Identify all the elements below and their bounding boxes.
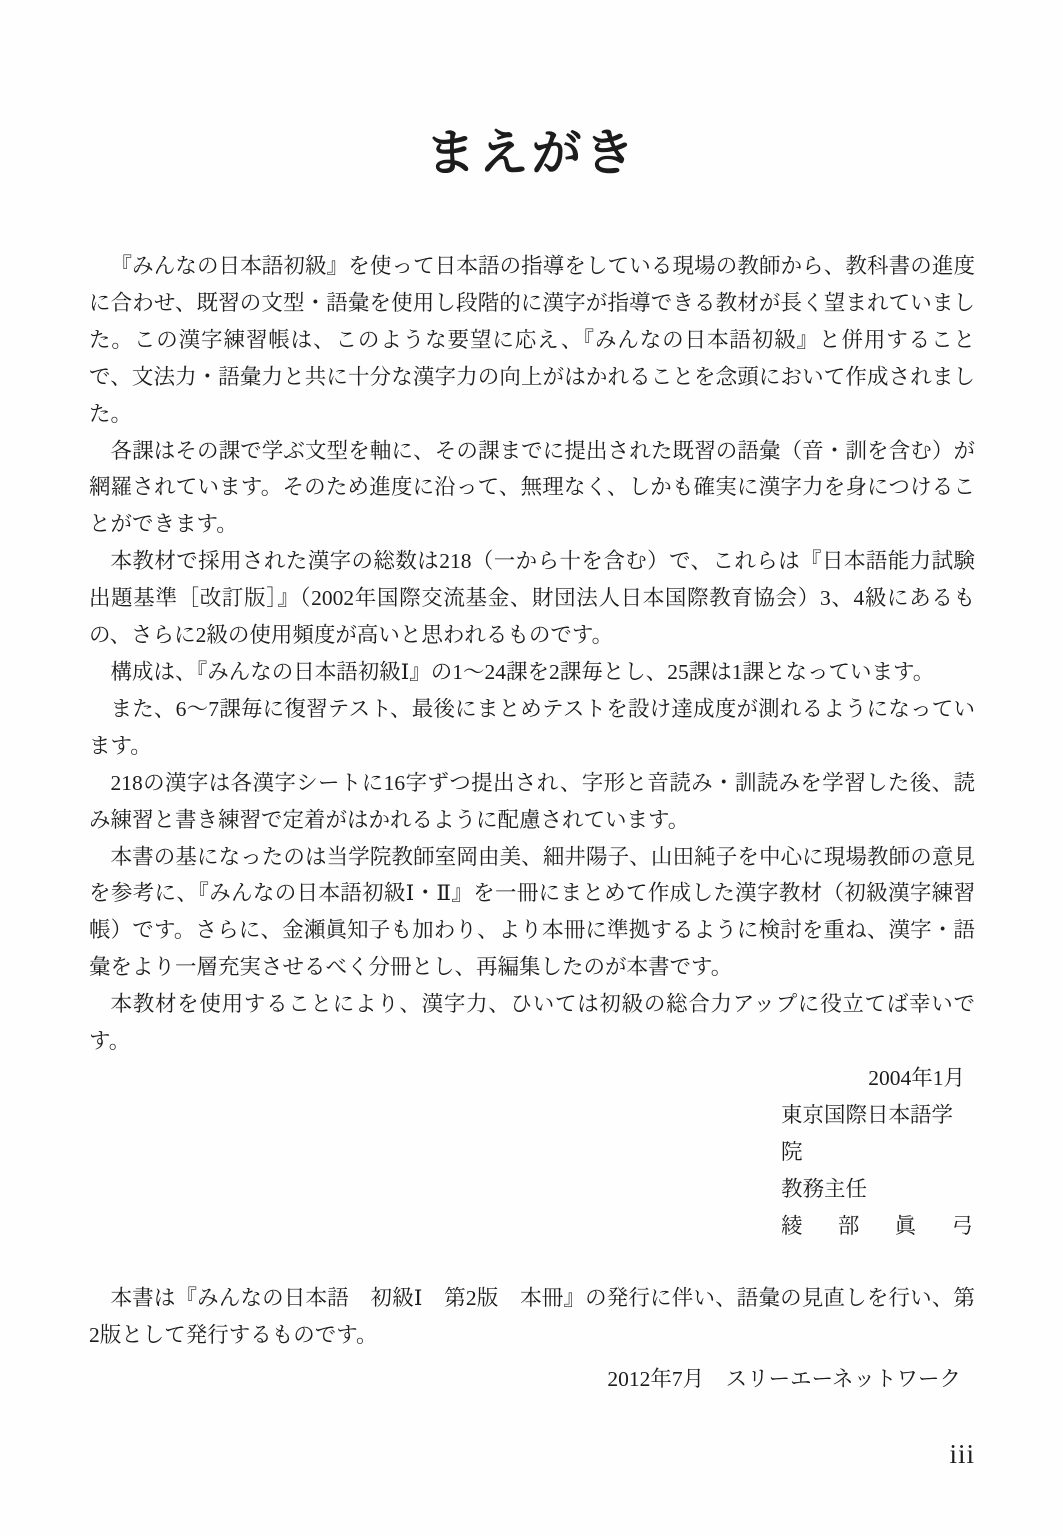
body-paragraph: 構成は、『みんなの日本語初級Ⅰ』の1～24課を2課毎とし、25課は1課となってい… [89, 654, 975, 691]
body-paragraph: 本教材を使用することにより、漢字力、ひいては初級の総合力アップに役立てば幸いです… [89, 986, 975, 1060]
publisher-date-line: 2012年7月 スリーエーネットワーク [89, 1361, 975, 1398]
page-number: iii [949, 1439, 975, 1470]
preface-page: まえがき 『みんなの日本語初級』を使って日本語の指導をしている現場の教師から、教… [0, 0, 1063, 1536]
postscript-paragraph: 本書は『みんなの日本語 初級Ⅰ 第2版 本冊』の発行に伴い、語彙の見直しを行い、… [89, 1280, 975, 1354]
body-paragraph: 『みんなの日本語初級』を使って日本語の指導をしている現場の教師から、教科書の進度… [89, 248, 975, 433]
signature-organization: 東京国際日本語学院 [781, 1097, 973, 1171]
signature-block: 2004年1月 東京国際日本語学院 教務主任 綾 部 眞 弓 [89, 1060, 975, 1245]
body-paragraph: 本教材で採用された漢字の総数は218（一から十を含む）で、これらは『日本語能力試… [89, 543, 975, 654]
body-paragraph: 各課はその課で学ぶ文型を軸に、その課までに提出された既習の語彙（音・訓を含む）が… [89, 433, 975, 544]
body-paragraph: また、6～7課毎に復習テスト、最後にまとめテストを設け達成度が測れるようになって… [89, 691, 975, 765]
signature-role: 教務主任 [781, 1171, 973, 1208]
body-paragraph: 218の漢字は各漢字シートに16字ずつ提出され、字形と音読み・訓読みを学習した後… [89, 765, 975, 839]
body-text-column: 『みんなの日本語初級』を使って日本語の指導をしている現場の教師から、教科書の進度… [89, 248, 975, 1398]
body-paragraph: 本書の基になったのは当学院教師室岡由美、細井陽子、山田純子を中心に現場教師の意見… [89, 839, 975, 987]
signature-identity: 東京国際日本語学院 教務主任 綾 部 眞 弓 [781, 1097, 973, 1245]
page-title: まえがき [0, 126, 1063, 181]
signature-name: 綾 部 眞 弓 [781, 1208, 973, 1245]
signature-date: 2004年1月 [89, 1060, 975, 1097]
